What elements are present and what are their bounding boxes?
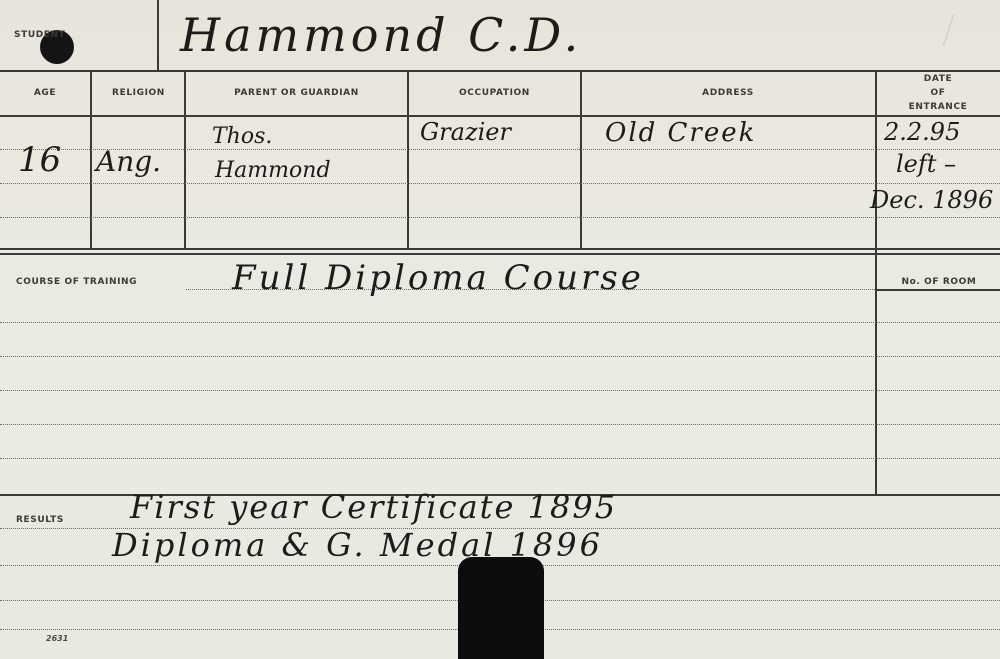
col-divider	[90, 70, 92, 248]
col-divider	[184, 70, 186, 248]
col-age: AGE	[0, 88, 90, 98]
date-value-1: 2.2.95	[884, 118, 960, 146]
col-divider	[580, 70, 582, 248]
date-value-3: Dec. 1896	[870, 186, 993, 214]
form-number: 2631	[46, 634, 68, 643]
col-religion: RELIGION	[92, 88, 185, 98]
col-date-2: OF	[876, 88, 1000, 98]
room-rule	[876, 289, 1000, 291]
rule	[0, 115, 1000, 117]
rule	[0, 248, 1000, 250]
course-value: Full Diploma Course	[232, 258, 644, 298]
occupation-value: Grazier	[420, 118, 511, 146]
date-value-2: left –	[896, 150, 956, 178]
course-label: COURSE OF TRAINING	[16, 277, 196, 287]
check-mark	[921, 14, 954, 46]
col-date-1: DATE	[876, 74, 1000, 84]
col-parent: PARENT OR GUARDIAN	[185, 88, 408, 98]
address-value: Old Creek	[605, 118, 756, 148]
room-label: No. OF ROOM	[878, 277, 1000, 287]
col-occupation: OCCUPATION	[408, 88, 581, 98]
dotted-line	[0, 458, 1000, 459]
index-tab-cutout	[458, 557, 544, 659]
rule	[0, 70, 1000, 72]
dotted-line	[0, 183, 1000, 184]
results-line-1: First year Certificate 1895	[130, 488, 617, 526]
record-card: STUDENT Hammond C.D. AGE RELIGION PARENT…	[0, 0, 1000, 659]
dotted-line	[0, 356, 1000, 357]
dotted-line	[0, 424, 1000, 425]
dotted-line	[0, 217, 1000, 218]
parent-value-2: Hammond	[215, 158, 331, 183]
age-value: 16	[18, 140, 61, 180]
col-date-3: ENTRANCE	[876, 102, 1000, 112]
header-divider	[157, 0, 159, 70]
dotted-line	[0, 390, 1000, 391]
parent-value-1: Thos.	[212, 124, 272, 149]
results-label: RESULTS	[16, 515, 96, 525]
col-divider	[407, 70, 409, 248]
dotted-line	[0, 322, 1000, 323]
student-name: Hammond C.D.	[180, 8, 582, 62]
col-divider	[875, 70, 877, 495]
religion-value: Ang.	[96, 145, 161, 178]
student-label: STUDENT	[14, 30, 74, 40]
rule	[0, 253, 1000, 255]
col-address: ADDRESS	[581, 88, 875, 98]
